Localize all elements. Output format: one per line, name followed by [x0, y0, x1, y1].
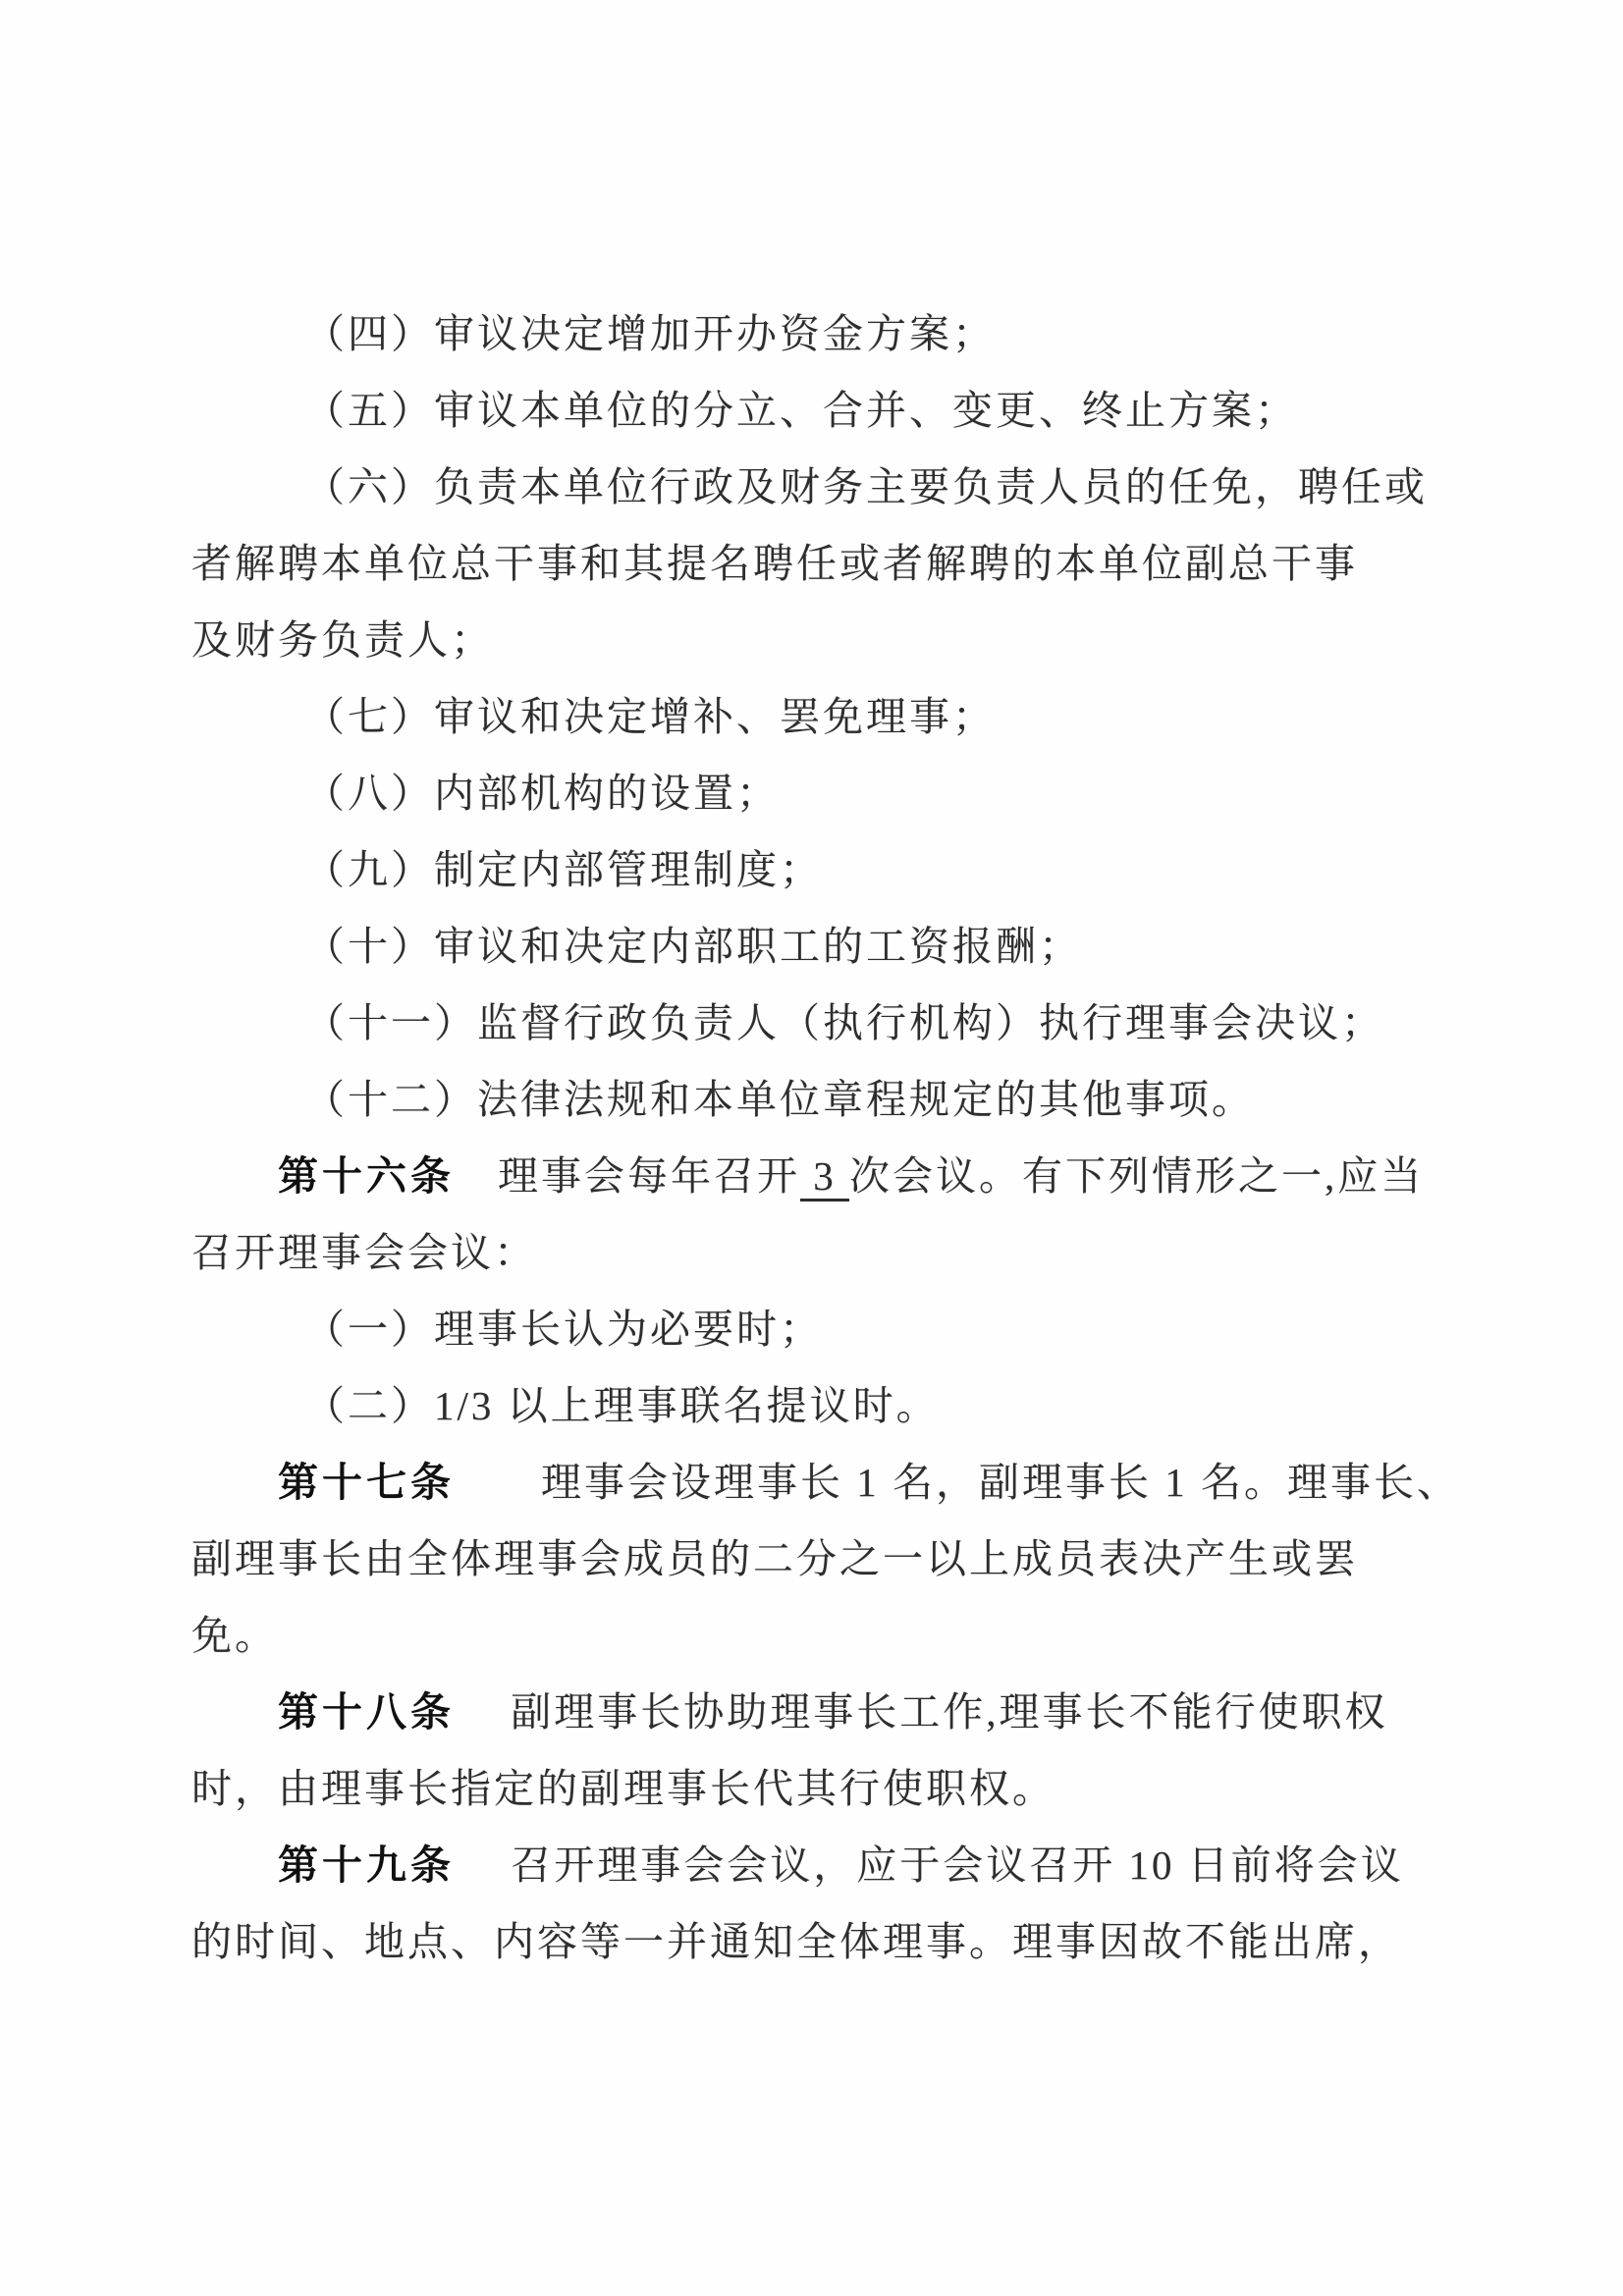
- clause-text: 的时间、地点、内容等一并通知全体理事。理事因故不能出席，: [191, 1919, 1401, 1964]
- clause-text: （七）审议和决定增补、罢免理事；: [304, 694, 996, 739]
- clause-item-6-cont: 者解聘本单位总干事和其提名聘任或者解聘的本单位副总干事: [191, 525, 1458, 602]
- article-16-text-cont: 次会议。有下列情形之一,应当: [849, 1153, 1424, 1199]
- clause-text: （六）负责本单位行政及财务主要负责人员的任免，聘任或: [304, 464, 1428, 509]
- clause-item-1: （一）理事长认为必要时；: [191, 1291, 1458, 1367]
- clause-text: （十一）监督行政负责人（执行机构）执行理事会决议；: [304, 1000, 1384, 1045]
- scanned-page: （四）审议决定增加开办资金方案； （五）审议本单位的分立、合并、变更、终止方案；…: [0, 0, 1623, 2296]
- article-16-line: 第十六条 理事会每年召开 3 次会议。有下列情形之一,应当: [191, 1138, 1458, 1214]
- article-16-heading: 第十六条: [278, 1153, 455, 1199]
- clause-text: （十）审议和决定内部职工的工资报酬；: [304, 924, 1082, 969]
- article-19-cont: 的时间、地点、内容等一并通知全体理事。理事因故不能出席，: [191, 1903, 1458, 1980]
- document-page: { "page": { "background": "#fefefe", "te…: [0, 0, 1623, 2296]
- article-16-meeting-count-underlined: 3: [800, 1153, 849, 1201]
- article-18-cont: 时，由理事长指定的副理事长代其行使职权。: [191, 1750, 1458, 1827]
- clause-text: 及财务负责人；: [191, 617, 494, 663]
- clause-item-4: （四）审议决定增加开办资金方案；: [191, 295, 1458, 372]
- clause-item-8: （八）内部机构的设置；: [191, 755, 1458, 831]
- clause-item-2: （二）1/3 以上理事联名提议时。: [191, 1367, 1458, 1444]
- article-16-text: 理事会每年召开: [455, 1153, 800, 1199]
- article-18-heading: 第十八条: [278, 1689, 455, 1735]
- article-19-text: 召开理事会会议，应于会议召开 10 日前将会议: [455, 1842, 1404, 1888]
- clause-text: （一）理事长认为必要时；: [304, 1307, 823, 1352]
- clause-item-10: （十）审议和决定内部职工的工资报酬；: [191, 908, 1458, 985]
- clause-text: （二）1/3 以上理事联名提议时。: [304, 1383, 940, 1428]
- article-17-cont: 免。: [191, 1597, 1458, 1674]
- article-17-cont: 副理事长由全体理事会成员的二分之一以上成员表决产生或罢: [191, 1521, 1458, 1597]
- clause-text: （九）制定内部管理制度；: [304, 847, 823, 892]
- clause-text: （八）内部机构的设置；: [304, 771, 780, 816]
- clause-text: 者解聘本单位总干事和其提名聘任或者解聘的本单位副总干事: [191, 541, 1358, 586]
- article-18-text: 副理事长协助理事长工作,理事长不能行使职权: [455, 1689, 1388, 1735]
- clause-item-7: （七）审议和决定增补、罢免理事；: [191, 678, 1458, 755]
- article-19-heading: 第十九条: [278, 1842, 455, 1888]
- article-17-heading: 第十七条: [278, 1460, 455, 1505]
- clause-text: （十二）法律法规和本单位章程规定的其他事项。: [304, 1077, 1255, 1122]
- clause-item-9: （九）制定内部管理制度；: [191, 831, 1458, 908]
- article-18-line: 第十八条 副理事长协助理事长工作,理事长不能行使职权: [191, 1674, 1458, 1750]
- clause-item-5: （五）审议本单位的分立、合并、变更、终止方案；: [191, 372, 1458, 449]
- article-19-line: 第十九条 召开理事会会议，应于会议召开 10 日前将会议: [191, 1827, 1458, 1903]
- clause-item-6-cont: 及财务负责人；: [191, 602, 1458, 678]
- clause-text: 免。: [191, 1613, 278, 1658]
- clause-item-6: （六）负责本单位行政及财务主要负责人员的任免，聘任或: [191, 449, 1458, 525]
- clause-text: 时，由理事长指定的副理事长代其行使职权。: [191, 1766, 1055, 1811]
- clause-item-12: （十二）法律法规和本单位章程规定的其他事项。: [191, 1061, 1458, 1138]
- article-17-text: 理事会设理事长 1 名，副理事长 1 名。理事长、: [455, 1460, 1460, 1505]
- article-16-cont: 召开理事会会议：: [191, 1214, 1458, 1291]
- clause-text: （四）审议决定增加开办资金方案；: [304, 311, 996, 356]
- clause-item-11: （十一）监督行政负责人（执行机构）执行理事会决议；: [191, 985, 1458, 1061]
- clause-text: （五）审议本单位的分立、合并、变更、终止方案；: [304, 388, 1298, 433]
- text-block: （四）审议决定增加开办资金方案； （五）审议本单位的分立、合并、变更、终止方案；…: [191, 295, 1458, 1980]
- article-17-line: 第十七条 理事会设理事长 1 名，副理事长 1 名。理事长、: [191, 1444, 1458, 1521]
- clause-text: 召开理事会会议：: [191, 1230, 537, 1275]
- clause-text: 副理事长由全体理事会成员的二分之一以上成员表决产生或罢: [191, 1536, 1358, 1581]
